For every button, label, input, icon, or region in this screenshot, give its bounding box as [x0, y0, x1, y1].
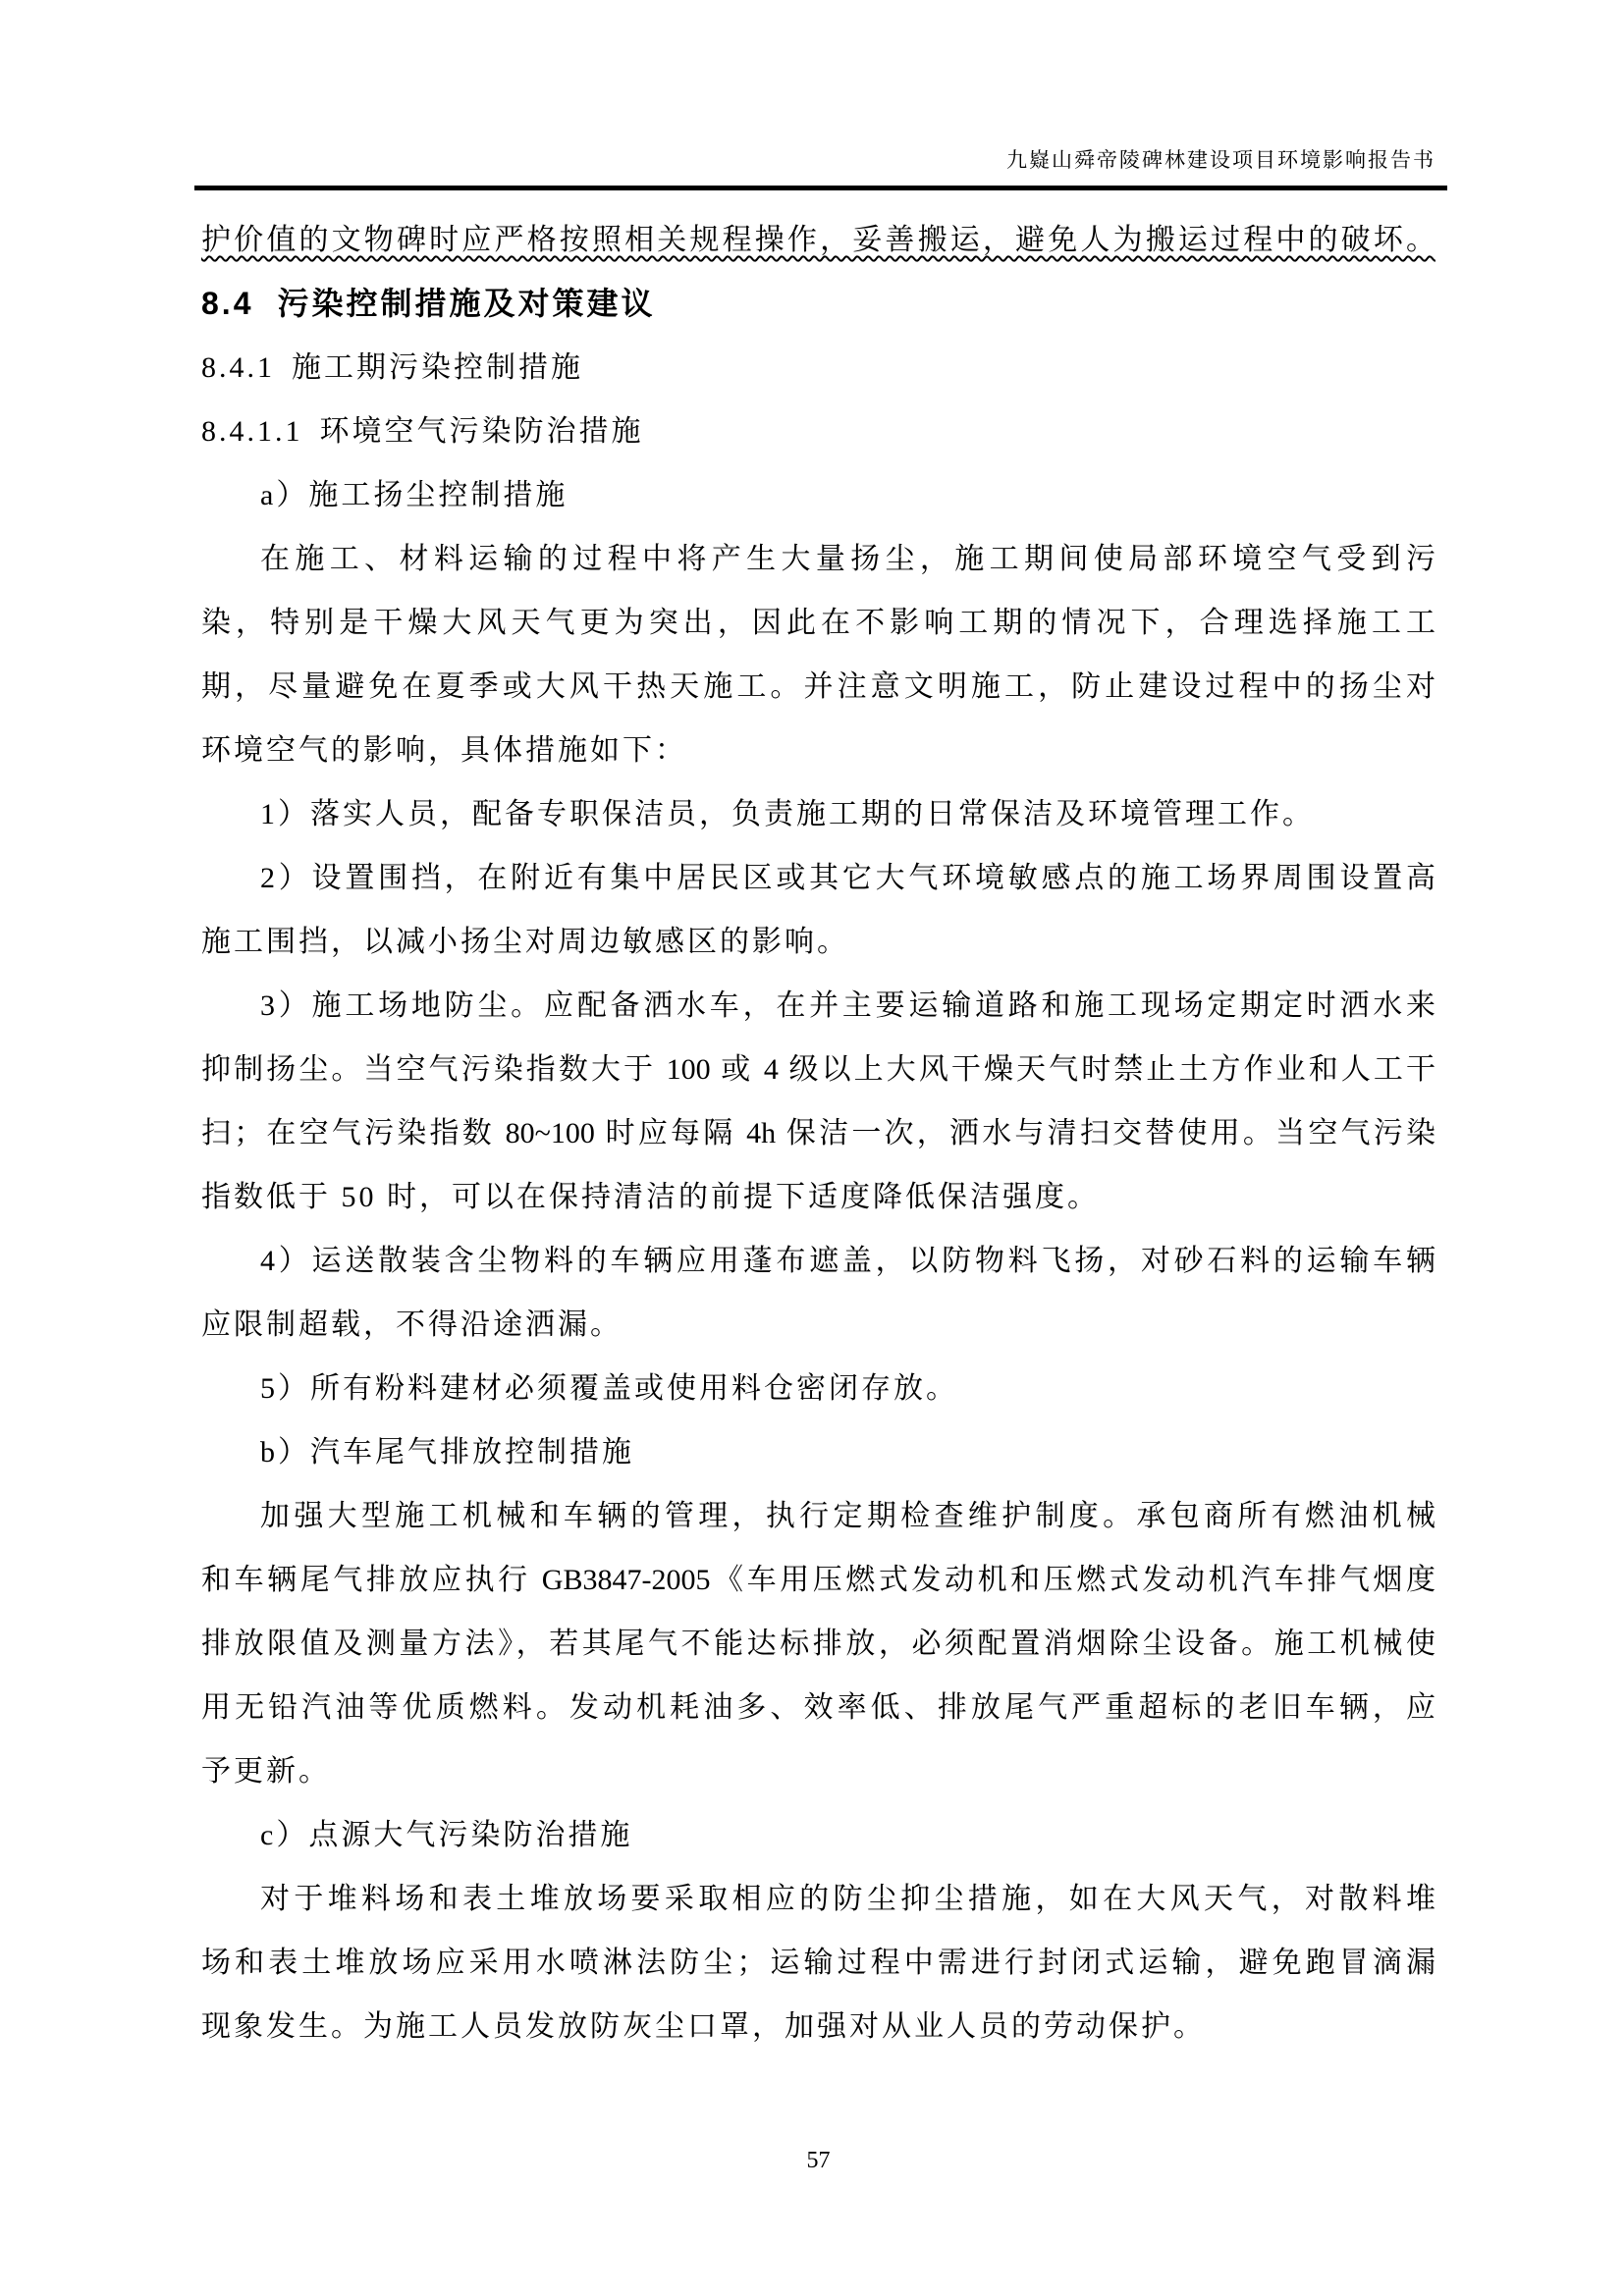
document-page: 九嶷山舜帝陵碑林建设项目环境影响报告书 护价值的文物碑时应严格按照相关规程操作，… [0, 0, 1624, 2296]
item-3-line-1: 3）施工场地防尘。应配备洒水车，在并主要运输道路和施工现场定期定时洒水来 [201, 974, 1435, 1038]
para-exhaust-line-4: 用无铅汽油等优质燃料。发动机耗油多、效率低、排放尾气严重超标的老旧车辆，应 [201, 1676, 1435, 1739]
para-point-line-3: 现象发生。为施工人员发放防灰尘口罩，加强对从业人员的劳动保护。 [201, 1995, 1435, 2058]
item-1-line-1: 1）落实人员，配备专职保洁员，负责施工期的日常保洁及环境管理工作。 [201, 782, 1435, 846]
item-3-line-4: 指数低于 50 时，可以在保持清洁的前提下适度降低保洁强度。 [201, 1165, 1435, 1229]
para-exhaust-line-1: 加强大型施工机械和车辆的管理，执行定期检查维护制度。承包商所有燃油机械 [201, 1484, 1435, 1548]
para-dust-line-4: 环境空气的影响，具体措施如下： [201, 719, 1435, 782]
para-point-line-2: 场和表土堆放场应采用水喷淋法防尘；运输过程中需进行封闭式运输，避免跑冒滴漏 [201, 1931, 1435, 1995]
item-a-heading: a）施工扬尘控制措施 [201, 463, 1435, 527]
para-dust-line-1: 在施工、材料运输的过程中将产生大量扬尘，施工期间使局部环境空气受到污 [201, 527, 1435, 591]
item-2-line-1: 2）设置围挡，在附近有集中居民区或其它大气环境敏感点的施工场界周围设置高 [201, 846, 1435, 910]
page-number: 57 [201, 2143, 1435, 2178]
header-rule [194, 186, 1447, 190]
item-2-line-2: 施工围挡，以减小扬尘对周边敏感区的影响。 [201, 910, 1435, 974]
carryover-line: 护价值的文物碑时应严格按照相关规程操作，妥善搬运，避免人为搬运过程中的破坏。 [201, 208, 1435, 272]
item-5-line-1: 5）所有粉料建材必须覆盖或使用料仓密闭存放。 [201, 1357, 1435, 1420]
para-exhaust-line-5: 予更新。 [201, 1739, 1435, 1803]
item-3-line-3: 扫；在空气污染指数 80~100 时应每隔 4h 保洁一次，洒水与清扫交替使用。… [201, 1101, 1435, 1165]
heading-8-4-1-title: 施工期污染控制措施 [292, 351, 583, 384]
para-exhaust-line-2: 和车辆尾气排放应执行 GB3847-2005《车用压燃式发动机和压燃式发动机汽车… [201, 1548, 1435, 1612]
item-b-heading: b）汽车尾气排放控制措施 [201, 1420, 1435, 1484]
para-exhaust-line-3: 排放限值及测量方法》，若其尾气不能达标排放，必须配置消烟除尘设备。施工机械使 [201, 1612, 1435, 1676]
heading-8-4: 8.4污染控制措施及对策建议 [201, 272, 1435, 336]
heading-8-4-number: 8.4 [201, 286, 253, 321]
heading-8-4-1: 8.4.1施工期污染控制措施 [201, 336, 1435, 400]
page-header-title: 九嶷山舜帝陵碑林建设项目环境影响报告书 [201, 0, 1435, 175]
para-dust-line-2: 染，特别是干燥大风天气更为突出，因此在不影响工期的情况下，合理选择施工工 [201, 591, 1435, 655]
item-c-heading: c）点源大气污染防治措施 [201, 1803, 1435, 1867]
item-4-line-2: 应限制超载，不得沿途洒漏。 [201, 1293, 1435, 1357]
para-dust-line-3: 期，尽量避免在夏季或大风干热天施工。并注意文明施工，防止建设过程中的扬尘对 [201, 655, 1435, 719]
document-body: 九嶷山舜帝陵碑林建设项目环境影响报告书 护价值的文物碑时应严格按照相关规程操作，… [201, 0, 1435, 2058]
heading-8-4-title: 污染控制措施及对策建议 [277, 286, 655, 321]
heading-8-4-1-1-number: 8.4.1.1 [201, 415, 303, 448]
heading-8-4-1-number: 8.4.1 [201, 351, 275, 384]
para-point-line-1: 对于堆料场和表土堆放场要采取相应的防尘抑尘措施，如在大风天气，对散料堆 [201, 1867, 1435, 1931]
heading-8-4-1-1: 8.4.1.1环境空气污染防治措施 [201, 400, 1435, 463]
item-4-line-1: 4）运送散装含尘物料的车辆应用蓬布遮盖，以防物料飞扬，对砂石料的运输车辆 [201, 1229, 1435, 1293]
item-3-line-2: 抑制扬尘。当空气污染指数大于 100 或 4 级以上大风干燥天气时禁止土方作业和… [201, 1038, 1435, 1101]
heading-8-4-1-1-title: 环境空气污染防治措施 [320, 415, 644, 448]
